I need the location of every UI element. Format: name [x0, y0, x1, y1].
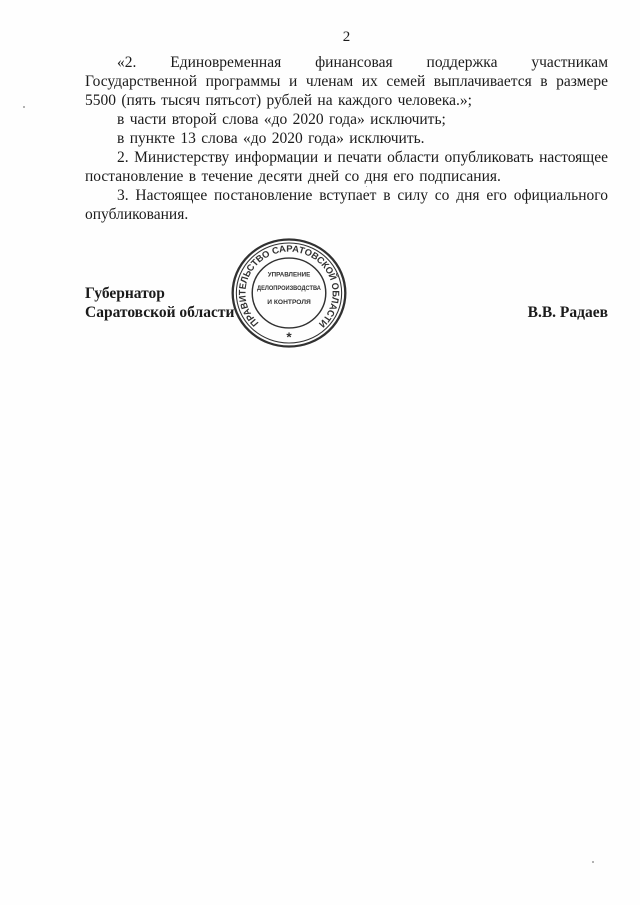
- paragraph-entry-into-force: 3. Настоящее постановление вступает в си…: [85, 186, 608, 224]
- document-body: «2. Единовременная финансовая поддержка …: [85, 53, 608, 224]
- scan-noise-speck: [23, 106, 25, 108]
- stamp-seal-icon: ПРАВИТЕЛЬСТВО САРАТОВСКОЙ ОБЛАСТИ * УПРА…: [229, 236, 349, 350]
- page-number: 2: [85, 28, 608, 47]
- official-round-stamp: ПРАВИТЕЛЬСТВО САРАТОВСКОЙ ОБЛАСТИ * УПРА…: [229, 236, 349, 350]
- scan-noise-speck: [366, 186, 367, 187]
- stamp-center-line3: И КОНТРОЛЯ: [267, 299, 311, 306]
- stamp-center-line2: ДЕЛОПРОИЗВОДСТВА: [257, 285, 321, 292]
- signatory-title: Губернатор Саратовской области: [85, 284, 234, 322]
- paragraph-publication-order: 2. Министерству информации и печати обла…: [85, 148, 608, 186]
- signatory-title-line2: Саратовской области: [85, 303, 234, 322]
- paragraph-amendment-item-13: в пункте 13 слова «до 2020 года» исключи…: [85, 129, 608, 148]
- document-page: 2 «2. Единовременная финансовая поддержк…: [0, 0, 640, 905]
- paragraph-amendment-support: «2. Единовременная финансовая поддержка …: [85, 53, 608, 110]
- stamp-star-icon: *: [286, 330, 292, 345]
- scan-noise-speck: [592, 861, 594, 863]
- stamp-center-line1: УПРАВЛЕНИЕ: [268, 272, 311, 279]
- signatory-title-line1: Губернатор: [85, 284, 234, 303]
- paragraph-amendment-part-two: в части второй слова «до 2020 года» искл…: [85, 110, 608, 129]
- signatory-name: В.В. Радаев: [528, 303, 608, 322]
